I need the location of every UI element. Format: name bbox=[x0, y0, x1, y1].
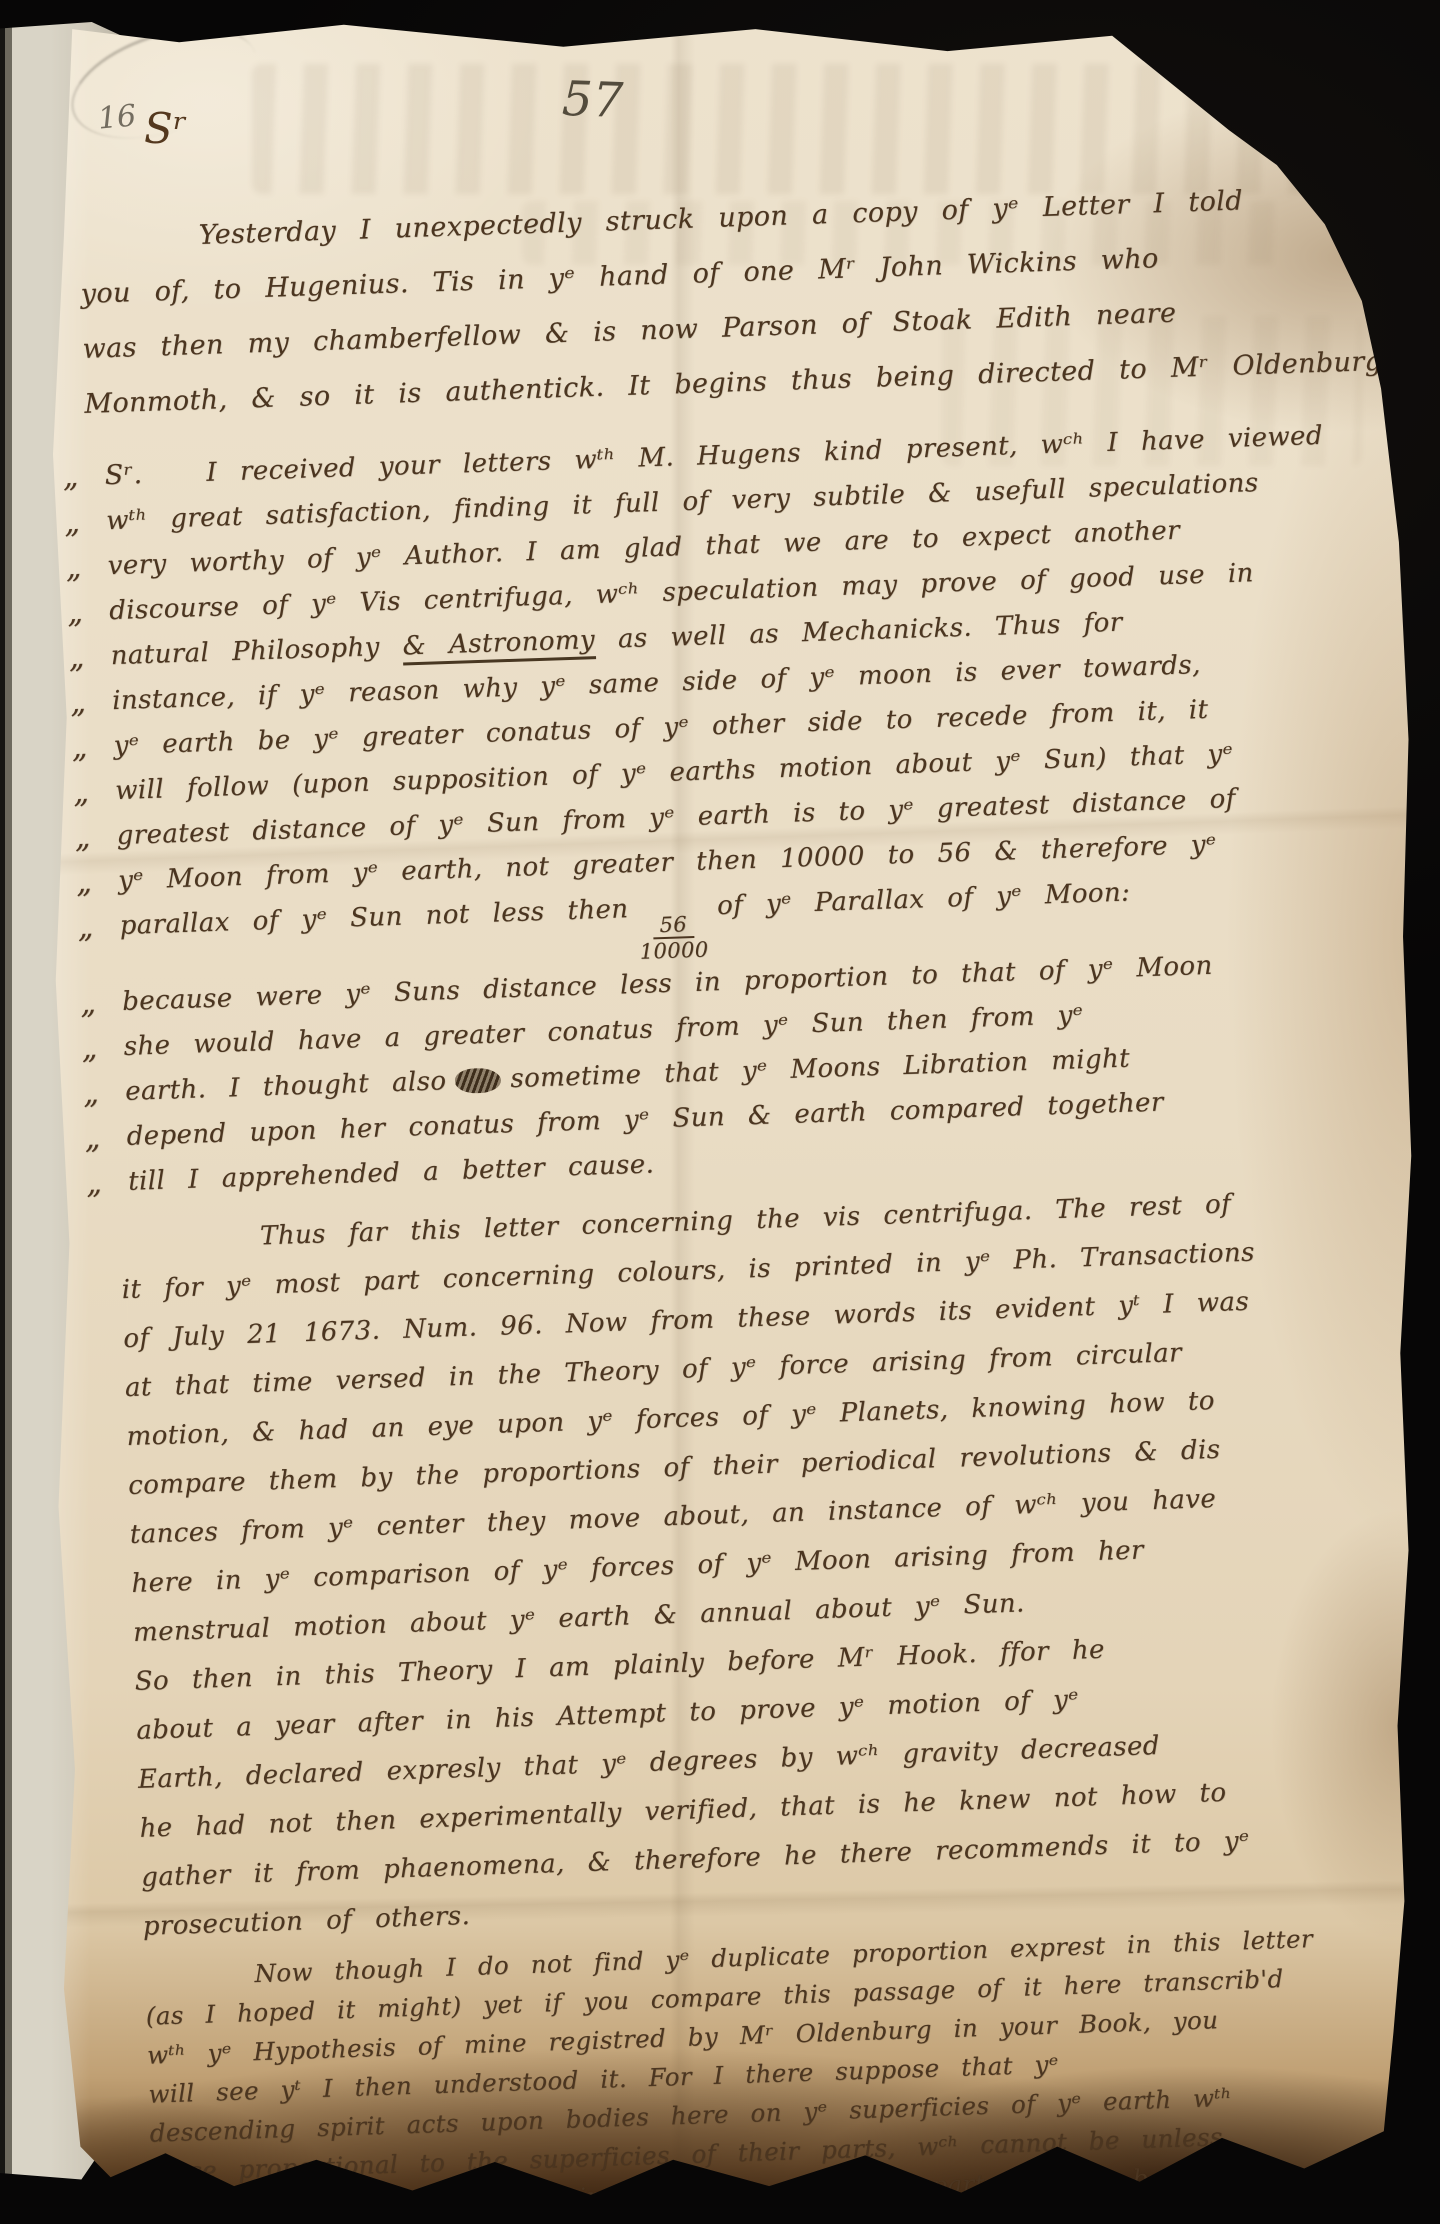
quotation-mark: „ bbox=[84, 1115, 127, 1161]
quotation-mark: „ bbox=[81, 1025, 124, 1071]
line-text: of yᵉ Parallax of yᵉ Moon: bbox=[717, 877, 1131, 921]
fraction: 5610000 bbox=[639, 913, 709, 963]
opening-paragraph: Yesterday I unexpectedly struck upon a c… bbox=[78, 168, 1405, 432]
underlined-phrase: & Astronomy bbox=[402, 625, 596, 665]
quotation-mark: „ bbox=[75, 859, 118, 905]
show-through-ghost bbox=[252, 64, 1312, 194]
quotation-mark: „ bbox=[74, 814, 117, 860]
quotation-mark: „ bbox=[85, 1160, 128, 1206]
closing-paragraph: Now though I do not find yᵉ duplicate pr… bbox=[144, 1914, 1414, 2208]
line-text: natural Philosophy bbox=[110, 632, 380, 671]
quotation-mark: „ bbox=[73, 769, 116, 815]
quotation-mark: „ bbox=[62, 453, 106, 500]
line-text: earth. I thought also bbox=[125, 1066, 447, 1107]
folio-number: 16 bbox=[97, 98, 138, 136]
salutation: Sʳ bbox=[144, 104, 187, 153]
quotation-mark: „ bbox=[77, 904, 121, 981]
quoted-salutation: Sʳ. bbox=[104, 459, 143, 491]
fraction-denominator: 10000 bbox=[639, 938, 709, 963]
quoted-letter-block: „ Sʳ.I received your letters wᵗʰ M. Huge… bbox=[86, 410, 1414, 1205]
photo-background: 16 Sʳ 57 Yesterday I unexpectedly struck… bbox=[0, 0, 1440, 2224]
quotation-mark: „ bbox=[65, 544, 108, 590]
quotation-mark: „ bbox=[80, 980, 123, 1026]
fraction-numerator: 56 bbox=[652, 913, 694, 939]
letter-body: Yesterday I unexpectedly struck upon a c… bbox=[78, 168, 1414, 2208]
quotation-mark: „ bbox=[82, 1070, 125, 1116]
quotation-mark: „ bbox=[64, 499, 107, 545]
commentary-paragraph: Thus far this letter concerning the vis … bbox=[119, 1174, 1414, 1952]
manuscript-page: 16 Sʳ 57 Yesterday I unexpectedly struck… bbox=[42, 16, 1414, 2208]
quotation-mark: „ bbox=[71, 724, 114, 770]
page-number: 57 bbox=[561, 71, 624, 129]
line-text: parallax of yᵉ Sun not less then bbox=[119, 894, 629, 941]
quotation-mark: „ bbox=[67, 589, 110, 635]
quotation-mark: „ bbox=[70, 679, 113, 725]
quotation-mark: „ bbox=[68, 634, 111, 680]
inked-out-word bbox=[455, 1068, 502, 1095]
